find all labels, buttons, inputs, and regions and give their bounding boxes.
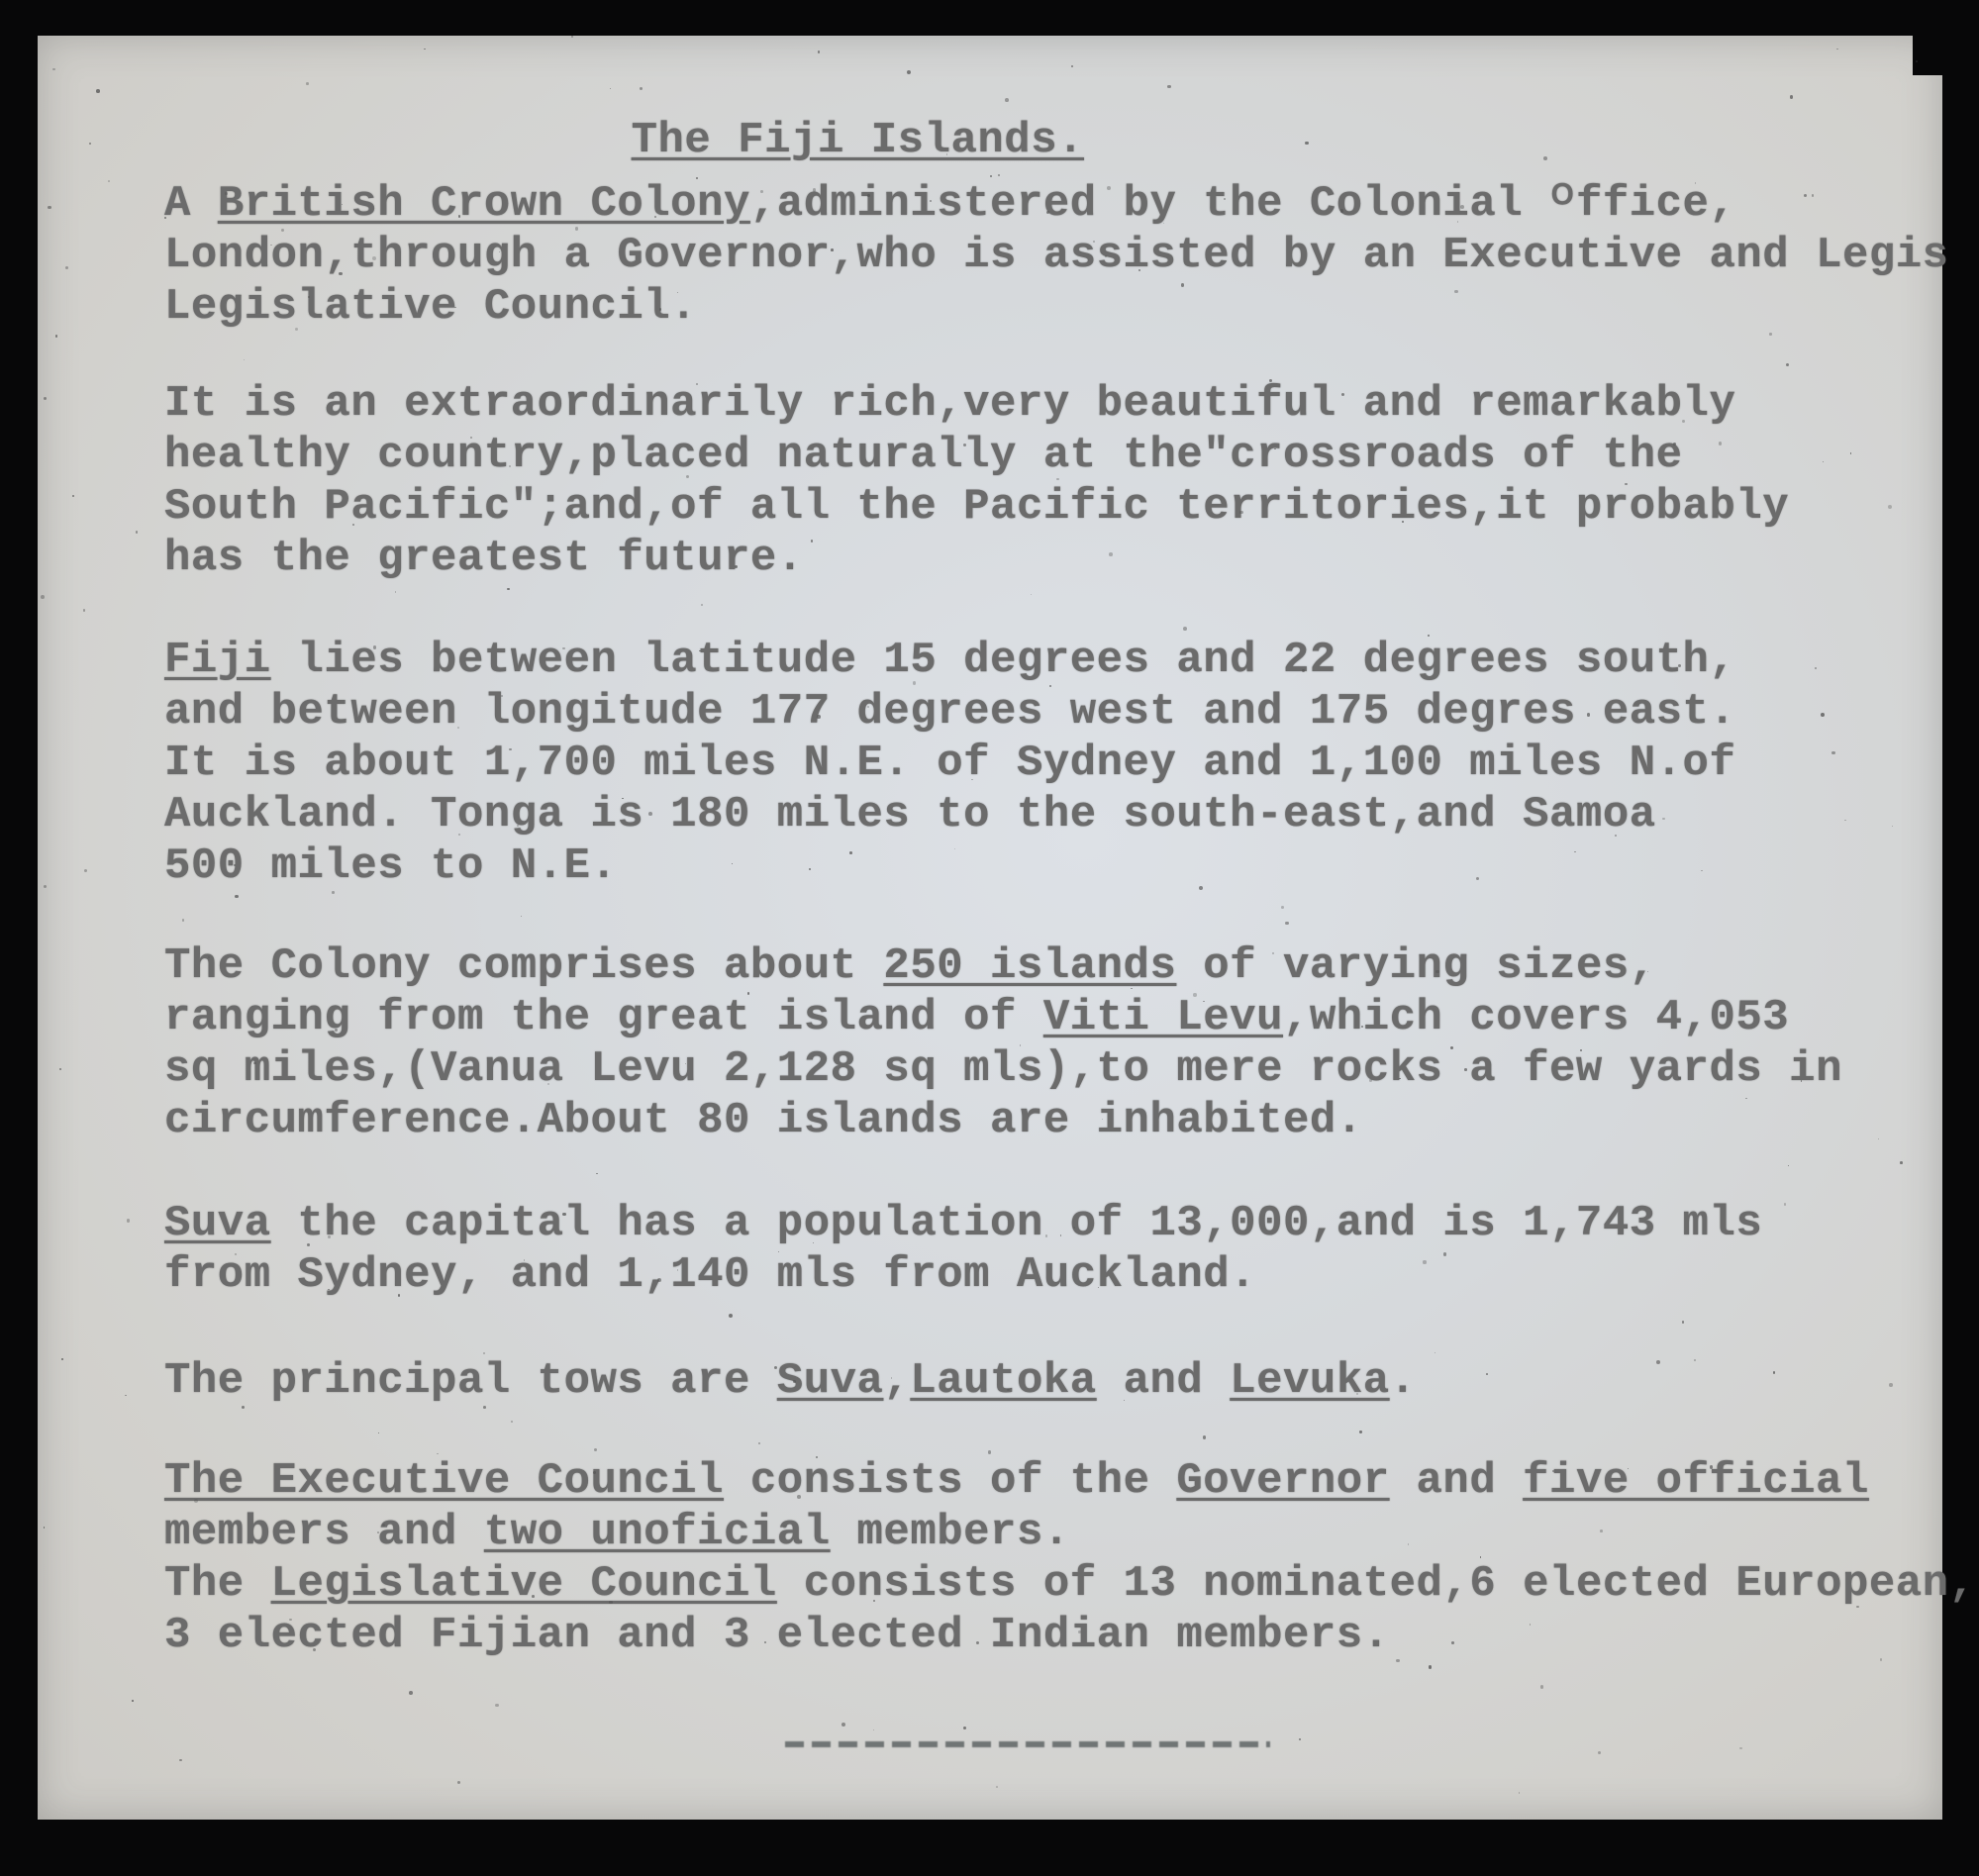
dust-speck [1836, 49, 1838, 50]
text-segment: South Pacific";and,of all the Pacific te… [164, 482, 1789, 532]
dust-speck [758, 1442, 759, 1443]
dust-speck [483, 1352, 485, 1354]
dust-speck [971, 779, 972, 780]
text-segment: and between longitude 177 degrees west a… [164, 687, 1735, 737]
dust-speck [1078, 1630, 1080, 1632]
text-segment: the capital has a population of 13,000,a… [271, 1199, 1763, 1248]
dust-speck [1423, 1260, 1426, 1263]
text-segment: London,through a Governor,who is assiste… [164, 231, 1949, 280]
dust-speck [1073, 1227, 1075, 1229]
dust-speck [1454, 290, 1458, 294]
text-segment: The principal tows are [164, 1356, 777, 1406]
text-segment: It is about 1,700 miles N.E. of Sydney a… [164, 739, 1735, 788]
dust-speck [1625, 483, 1628, 486]
dust-speck [849, 851, 852, 854]
dust-speck [41, 595, 45, 599]
dust-speck [1460, 205, 1464, 209]
dust-speck [701, 604, 703, 606]
dust-speck [685, 1063, 686, 1064]
text-line: The Executive Council consists of the Go… [164, 1455, 1869, 1507]
dust-speck [1199, 886, 1203, 890]
dust-speck [1369, 1079, 1372, 1082]
dust-speck [1031, 594, 1033, 596]
dust-speck [83, 609, 86, 612]
dust-speck [696, 383, 698, 385]
dust-speck [1340, 209, 1343, 212]
slide-paper: The Fiji Islands. A British Crown Colony… [38, 36, 1942, 1820]
dust-speck [1739, 1747, 1742, 1750]
dust-speck [547, 1083, 549, 1085]
text-line: sq miles,(Vanua Levu 2,128 sq mls),to me… [164, 1043, 1842, 1095]
dust-speck [1888, 505, 1892, 509]
underlined-text: Governor [1176, 1456, 1389, 1506]
text-segment: healthy country,placed naturally at the"… [164, 431, 1683, 480]
dust-speck [1892, 826, 1894, 828]
dust-speck [194, 1499, 198, 1503]
dust-speck [609, 1601, 613, 1605]
dust-speck [594, 1448, 597, 1451]
text-line: The Colony comprises about 250 islands o… [164, 940, 1656, 992]
dust-speck [65, 266, 68, 269]
dust-speck [235, 895, 239, 899]
dust-speck [732, 863, 733, 864]
text-line: Auckland. Tonga is 180 miles to the sout… [164, 789, 1656, 840]
dust-speck [1701, 870, 1703, 872]
dust-speck [1193, 993, 1196, 996]
dust-speck [954, 848, 955, 849]
dust-speck [457, 1781, 460, 1784]
dust-speck [1880, 1658, 1882, 1660]
dust-speck [1167, 85, 1170, 88]
underlined-text: Lautoka [910, 1356, 1096, 1406]
text-segment: of varying sizes, [1176, 941, 1655, 991]
dust-speck [1359, 1431, 1361, 1432]
text-segment: . [1390, 1356, 1417, 1406]
text-line: South Pacific";and,of all the Pacific te… [164, 481, 1789, 533]
dust-speck [729, 1314, 733, 1318]
dust-speck [562, 1213, 565, 1216]
dust-speck [378, 1432, 379, 1433]
dust-speck [1203, 1435, 1207, 1439]
dust-speck [1889, 1383, 1892, 1386]
dust-speck [1486, 1373, 1488, 1375]
dust-speck [313, 1648, 316, 1651]
text-line: 3 elected Fijian and 3 elected Indian me… [164, 1610, 1390, 1661]
text-line: and between longitude 177 degrees west a… [164, 686, 1735, 738]
dust-speck [108, 180, 110, 182]
dust-speck [61, 1358, 62, 1359]
dust-speck [996, 1786, 998, 1788]
text-segment: lies between latitude 15 degrees and 22 … [271, 636, 1736, 685]
dust-speck [891, 1377, 892, 1378]
dust-speck [841, 1723, 845, 1727]
dust-speck [507, 588, 509, 590]
dust-speck [52, 68, 55, 71]
dust-speck [677, 292, 678, 293]
dust-speck [289, 1619, 292, 1622]
dust-speck [699, 650, 700, 651]
text-segment: A [164, 179, 218, 229]
dust-speck [328, 1235, 331, 1238]
underlined-text: five official [1523, 1456, 1869, 1506]
text-segment: consists of 13 nominated,6 elected Europ… [777, 1559, 1976, 1609]
dust-speck [596, 1173, 597, 1174]
dust-speck [1804, 194, 1807, 197]
dust-speck [125, 1395, 127, 1397]
underlined-text: Fiji [164, 636, 271, 685]
dust-speck [96, 89, 100, 93]
dust-speck [747, 992, 749, 994]
dust-speck [1285, 922, 1288, 925]
dust-speck [437, 1453, 438, 1454]
dust-speck [1656, 1360, 1660, 1364]
text-segment: It is an extraordinarily rich,very beaut… [164, 379, 1735, 429]
dust-speck [1682, 1321, 1684, 1323]
dust-speck [1239, 511, 1242, 514]
dust-speck [483, 1406, 486, 1409]
dust-speck [395, 591, 396, 592]
text-line: It is about 1,700 miles N.E. of Sydney a… [164, 738, 1735, 789]
dust-speck [1844, 820, 1846, 822]
dust-speck [495, 1704, 498, 1707]
underlined-text: Legislative Council [271, 1559, 777, 1609]
dust-speck [1435, 1352, 1435, 1353]
dust-speck [1435, 970, 1438, 973]
dust-speck [1519, 1792, 1520, 1793]
dust-speck [1464, 1068, 1467, 1071]
text-segment: , [883, 1356, 910, 1406]
dust-speck [818, 50, 820, 52]
text-segment: ,administered by the Colonial ᴼffice, [750, 179, 1735, 229]
dust-speck [524, 1259, 525, 1260]
dust-speck [48, 206, 51, 210]
text-segment: from Sydney, and 1,140 mls from Auckland… [164, 1250, 1256, 1300]
dust-speck [575, 227, 579, 231]
underlined-text: two unoficial [484, 1508, 831, 1557]
text-segment: sq miles,(Vanua Levu 2,128 sq mls),to me… [164, 1044, 1842, 1094]
underlined-text: Suva [164, 1199, 271, 1248]
dust-speck [306, 82, 309, 85]
text-line: The principal tows are Suva,Lautoka and … [164, 1355, 1417, 1407]
dust-speck [809, 868, 811, 870]
dust-speck [342, 204, 343, 205]
text-line: Suva the capital has a population of 13,… [164, 1198, 1762, 1249]
text-line: has the greatest future. [164, 533, 804, 584]
dust-speck [1138, 269, 1140, 271]
dust-speck [1598, 1751, 1601, 1754]
dust-speck [1056, 478, 1058, 480]
dust-speck [1900, 1161, 1903, 1164]
dust-speck [89, 143, 91, 145]
dust-speck [1823, 461, 1825, 463]
dust-speck [1530, 1624, 1531, 1625]
dust-speck [1773, 1371, 1775, 1373]
text-segment: circumference.About 80 islands are inhab… [164, 1096, 1363, 1145]
dust-speck [382, 1524, 385, 1527]
text-segment: members. [831, 1508, 1070, 1557]
dust-speck [328, 1289, 329, 1290]
dust-speck [1299, 1738, 1301, 1740]
dust-speck [1786, 363, 1789, 366]
dust-speck [1429, 1665, 1432, 1668]
dust-speck [295, 328, 298, 331]
dust-speck [1719, 442, 1723, 445]
dust-speck [454, 307, 455, 308]
underlined-text: Levuka [1230, 1356, 1389, 1406]
dust-speck [242, 1406, 245, 1409]
dust-speck [659, 308, 662, 311]
dust-speck [84, 869, 87, 872]
dust-speck [1131, 988, 1132, 989]
text-segment: ,which covers 4,053 [1283, 993, 1789, 1042]
dust-speck [509, 748, 511, 750]
dust-speck [373, 645, 376, 648]
dust-speck [1678, 1077, 1680, 1079]
dust-speck [44, 1527, 46, 1529]
dust-speck [511, 1421, 513, 1423]
dust-speck [1305, 142, 1308, 145]
dust-speck [1109, 552, 1113, 556]
underlined-text: British Crown Colony [218, 179, 750, 229]
dust-speck [458, 215, 461, 218]
dust-speck [127, 1219, 131, 1223]
dust-speck [735, 565, 738, 568]
dust-speck [44, 885, 47, 888]
document-title-text: The Fiji Islands. [632, 116, 1084, 165]
dust-speck [1815, 667, 1817, 669]
text-segment: and [1097, 1356, 1231, 1406]
dust-speck [424, 49, 426, 50]
dust-speck [308, 296, 309, 297]
dust-speck [1552, 1470, 1554, 1472]
slide-corner-notch [1913, 36, 1942, 75]
dust-speck [867, 194, 870, 197]
text-line: circumference.About 80 islands are inhab… [164, 1095, 1363, 1146]
dust-speck [930, 200, 932, 202]
dust-speck [817, 715, 821, 719]
dust-speck [136, 531, 138, 533]
dust-speck [1356, 1393, 1358, 1395]
underlined-text: Viti Levu [1043, 993, 1283, 1042]
text-segment: and [1390, 1456, 1524, 1506]
dust-speck [55, 335, 57, 337]
text-segment: consists of the [724, 1456, 1176, 1506]
text-line: Legislative Council. [164, 281, 697, 333]
dust-speck [458, 834, 459, 835]
text-segment: 500 miles to N.E. [164, 841, 617, 891]
dust-speck [1443, 1252, 1447, 1256]
text-line: healthy country,placed naturally at the"… [164, 430, 1683, 481]
dust-speck [1745, 1098, 1747, 1100]
dust-speck [409, 1691, 413, 1695]
text-segment: Auckland. Tonga is 180 miles to the sout… [164, 790, 1656, 839]
text-line: The Legislative Council consists of 13 n… [164, 1558, 1976, 1610]
dust-speck [562, 647, 565, 650]
dust-speck [200, 750, 203, 753]
text-line: 500 miles to N.E. [164, 840, 617, 892]
dust-speck [244, 359, 245, 360]
dust-speck [372, 256, 376, 260]
dust-speck [654, 216, 655, 217]
dust-speck [1341, 393, 1344, 396]
dust-speck [1396, 1659, 1399, 1662]
text-segment: ranging from the great island of [164, 993, 1043, 1042]
dust-speck [1769, 333, 1771, 335]
dust-speck [1850, 452, 1852, 454]
dust-speck [1107, 186, 1111, 190]
dust-speck [1801, 1080, 1803, 1082]
dust-speck [44, 397, 47, 400]
text-line: from Sydney, and 1,140 mls from Auckland… [164, 1249, 1256, 1301]
dust-speck [1682, 420, 1685, 423]
text-line: Fiji lies between latitude 15 degrees an… [164, 635, 1735, 686]
dust-speck [1694, 1359, 1696, 1361]
dust-speck [811, 540, 814, 543]
text-segment: members and [164, 1508, 484, 1557]
dust-speck [1600, 1530, 1603, 1532]
dust-speck [963, 444, 966, 446]
dust-speck [1476, 877, 1479, 880]
dust-speck [1451, 1641, 1454, 1644]
dust-speck [59, 1068, 61, 1070]
dust-speck [873, 1600, 876, 1603]
dust-speck [1788, 1165, 1790, 1167]
dust-speck [225, 192, 228, 195]
text-line: It is an extraordinarily rich,very beaut… [164, 378, 1735, 430]
dust-speck [988, 1450, 992, 1454]
text-segment: Legislative Council. [164, 282, 697, 332]
dust-speck [696, 177, 698, 179]
dust-speck [72, 495, 74, 497]
dust-speck [963, 1727, 966, 1729]
dust-speck [253, 1062, 255, 1064]
dust-speck [1662, 818, 1664, 820]
dust-speck [593, 1471, 596, 1474]
text-segment: 3 elected Fijian and 3 elected Indian me… [164, 1611, 1390, 1660]
dust-speck [377, 1531, 379, 1533]
dust-speck [1543, 156, 1547, 160]
underlined-text: 250 islands [883, 941, 1176, 991]
dust-speck [179, 1759, 181, 1761]
dust-speck [1045, 1234, 1047, 1236]
dust-speck [132, 1700, 134, 1702]
dust-speck [657, 1278, 661, 1282]
dust-speck [1812, 194, 1815, 197]
dust-speck [339, 272, 342, 275]
dust-speck [521, 916, 522, 917]
dust-speck [532, 1595, 535, 1598]
dust-speck [1408, 1543, 1409, 1544]
dust-speck [1183, 627, 1187, 631]
dust-speck [813, 188, 816, 191]
dust-speck [1587, 713, 1591, 717]
text-segment: The [164, 1559, 271, 1609]
dust-speck [1574, 851, 1576, 853]
dust-speck [764, 1641, 766, 1643]
dust-speck [501, 695, 503, 697]
text-line: ranging from the great island of Viti Le… [164, 992, 1789, 1043]
dust-speck [332, 891, 334, 893]
text-line: A British Crown Colony,administered by t… [164, 178, 1735, 230]
dust-speck [873, 1729, 874, 1730]
dust-speck [797, 1495, 801, 1499]
text-line: members and two unoficial members. [164, 1507, 1070, 1558]
text-line: London,through a Governor,who is assiste… [164, 230, 1949, 281]
dust-speck [1821, 713, 1825, 717]
dust-speck [640, 87, 643, 90]
dust-speck [571, 36, 573, 38]
text-segment: has the greatest future. [164, 534, 804, 583]
dust-speck [1831, 751, 1835, 755]
underlined-text: The Executive Council [164, 1456, 724, 1506]
dust-speck [182, 919, 185, 922]
dust-speck [352, 524, 353, 525]
dust-speck [907, 70, 911, 74]
dust-speck [1224, 198, 1226, 200]
separator-line [785, 1741, 1270, 1747]
text-segment: The Colony comprises about [164, 941, 883, 991]
dust-speck [1540, 1685, 1544, 1689]
dust-speck [621, 1127, 622, 1128]
dust-speck [1790, 95, 1793, 98]
dust-speck [760, 190, 763, 193]
dust-speck [1281, 906, 1284, 909]
dust-speck [1534, 1050, 1536, 1052]
dust-speck [831, 248, 834, 251]
dust-speck [1093, 241, 1095, 243]
dust-speck [1784, 1203, 1786, 1205]
dust-speck [1878, 1138, 1879, 1139]
dust-speck [774, 1366, 777, 1369]
dust-speck [1181, 283, 1185, 287]
dust-speck [1856, 1606, 1858, 1608]
